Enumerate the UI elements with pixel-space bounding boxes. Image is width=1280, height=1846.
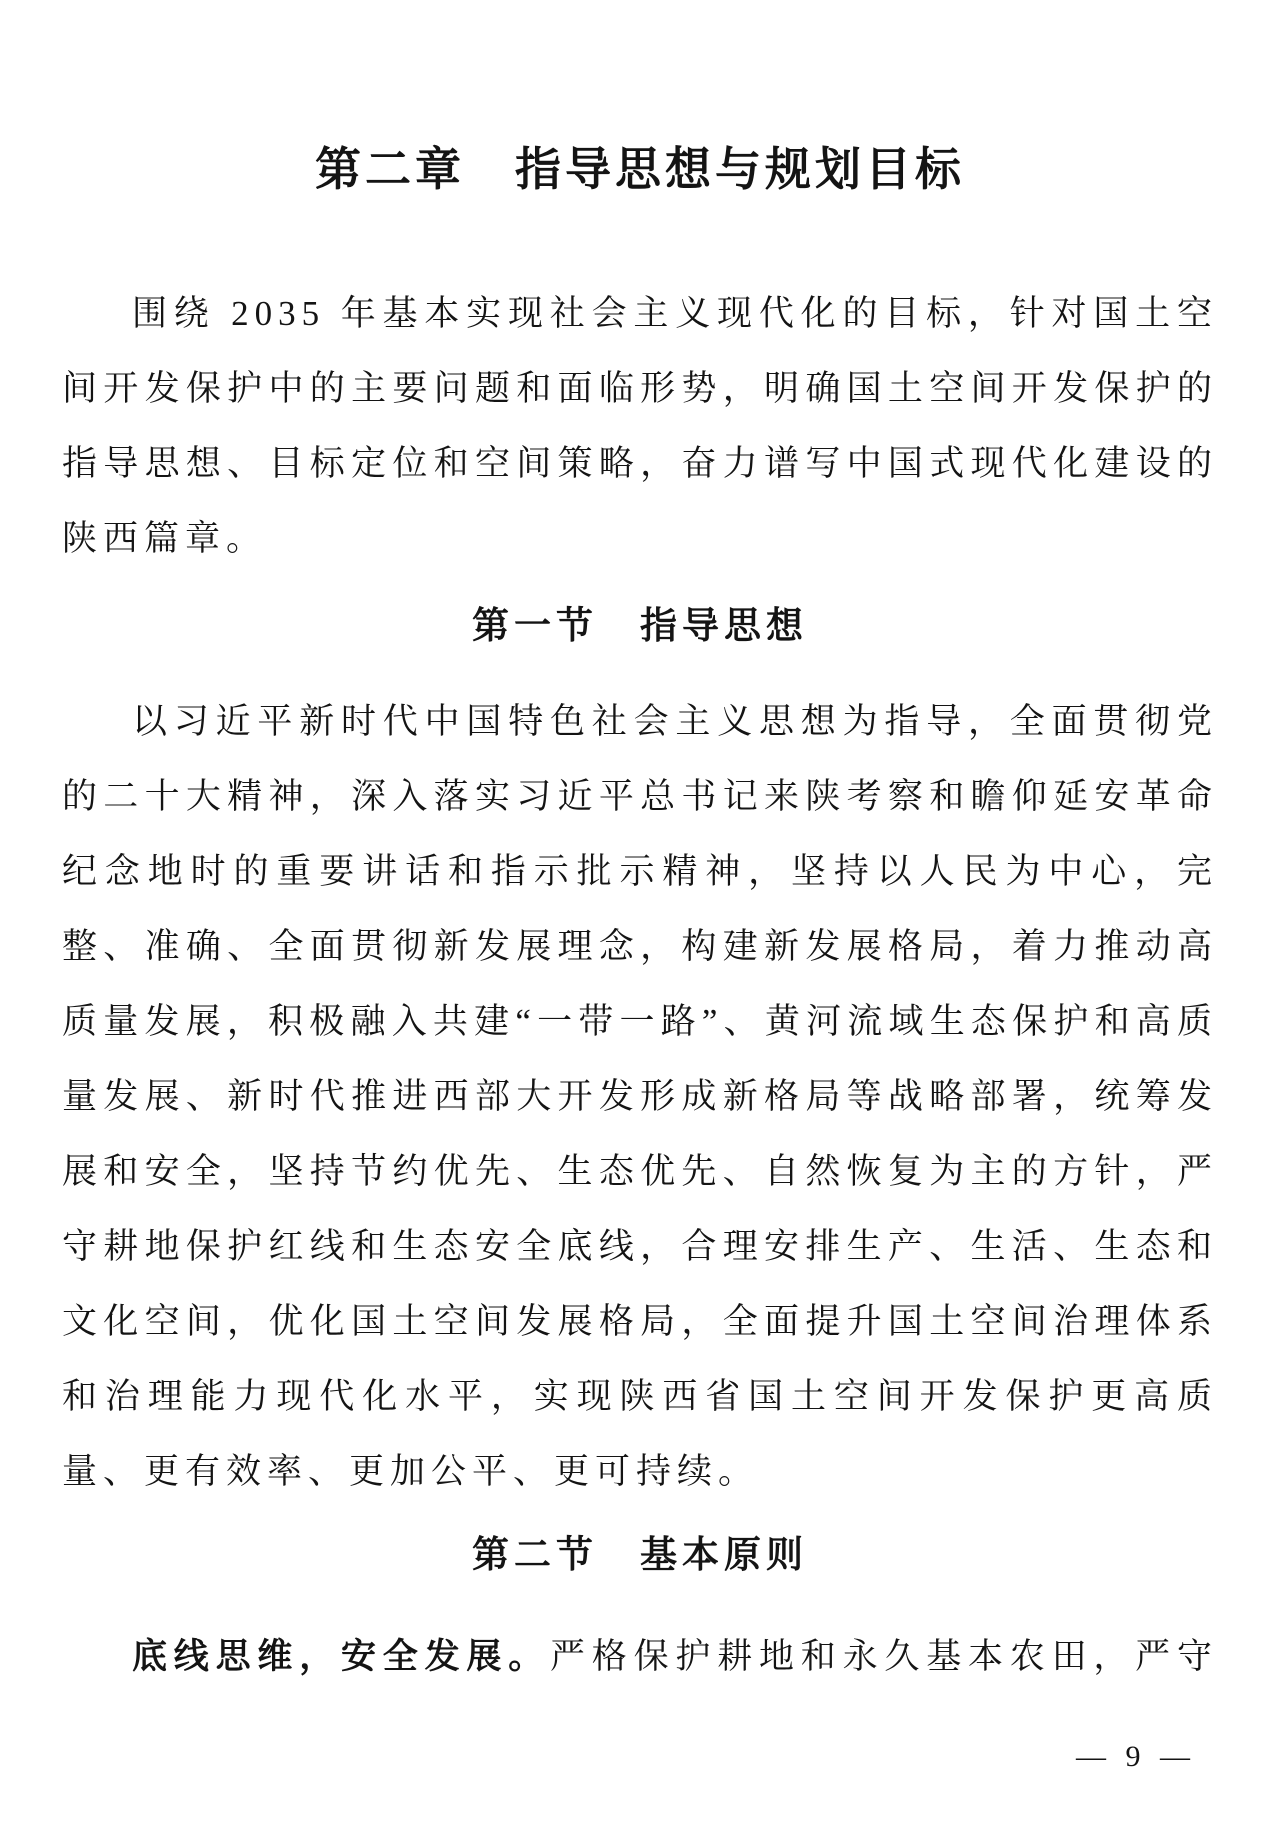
principle-lead-bold: 底线思维，安全发展。 [132, 1637, 550, 1676]
document-page: 第二章 指导思想与规划目标 围绕 2035 年基本实现社会主义现代化的目标，针对… [0, 0, 1280, 1846]
page-number: — 9 — [1076, 1740, 1196, 1774]
section-2-heading: 第二节 基本原则 [62, 1533, 1218, 1577]
principle-body-text: 严格保护耕地和永久基本农田，严守 [550, 1637, 1218, 1676]
section-2-paragraph: 底线思维，安全发展。严格保护耕地和永久基本农田，严守 [62, 1619, 1218, 1694]
chapter-title: 第二章 指导思想与规划目标 [62, 142, 1218, 198]
intro-paragraph: 围绕 2035 年基本实现社会主义现代化的目标，针对国土空间开发保护中的主要问题… [62, 276, 1218, 576]
section-1-paragraph: 以习近平新时代中国特色社会主义思想为指导，全面贯彻党的二十大精神，深入落实习近平… [62, 684, 1218, 1509]
section-1-heading: 第一节 指导思想 [62, 604, 1218, 648]
